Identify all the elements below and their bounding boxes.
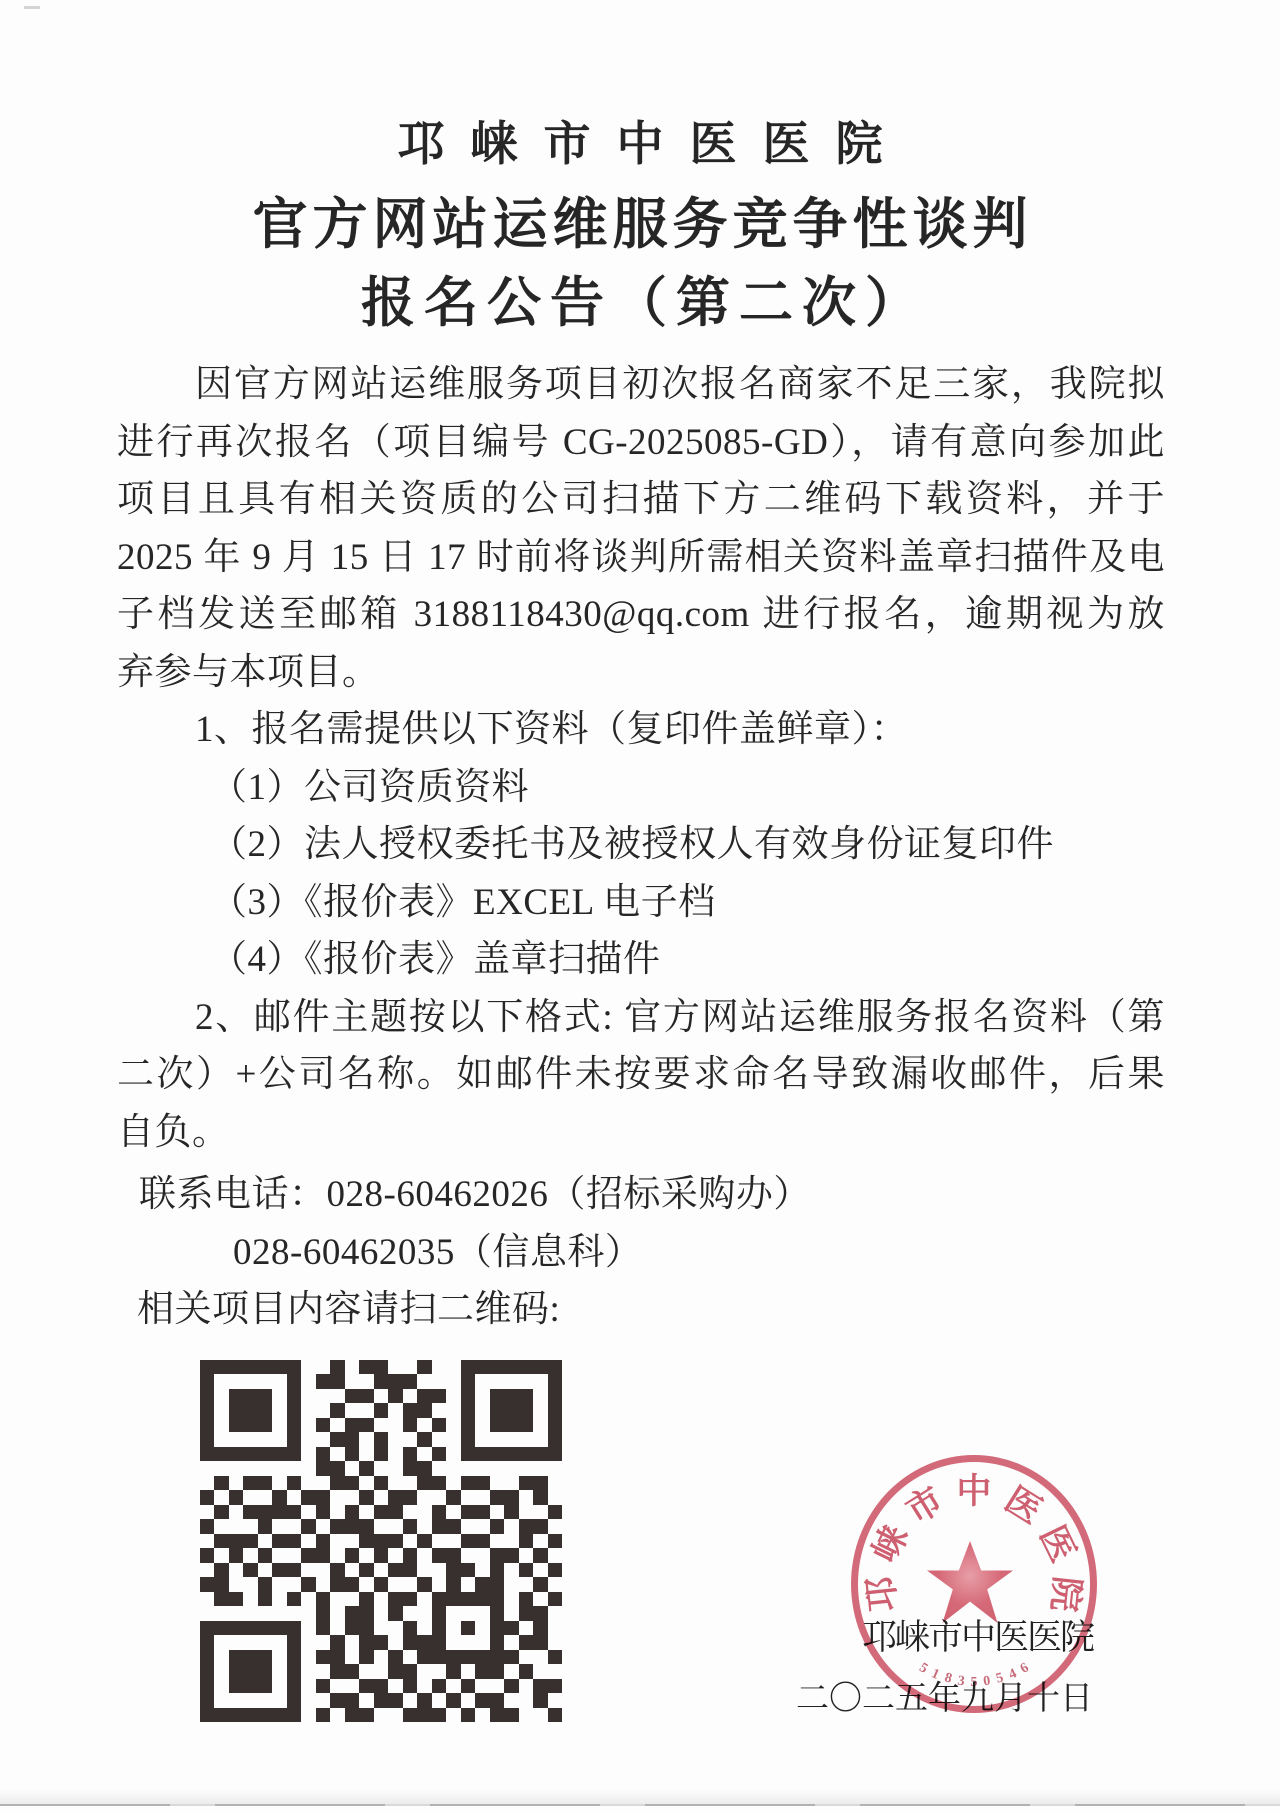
body-line-list-2: 2、邮件主题按以下格式: 官方网站运维服务报名资料（第 [117,989,1165,1047]
signature-organization: 邛崃市中医医院 [862,1610,1093,1660]
seal-ring-char: 中 [953,1471,995,1513]
seal-ring-char: 市 [896,1477,954,1535]
body-line: 二次）+公司名称。如邮件未按要求命名导致漏收邮件，后果 [117,1046,1165,1104]
document-title: 邛崃市中医医院 官方网站运维服务竞争性谈判 报名公告（第二次） [116,106,1164,343]
seal-ring-char: 医 [994,1477,1052,1535]
scan-bottom-shading [0,1790,1280,1804]
seal-ring-char: 医 [1029,1516,1085,1572]
seal-ring-char: 崃 [863,1516,919,1572]
contact-phone-line-1: 联系电话：028-60462026（招标采购办） [117,1166,1165,1224]
contact-phone-line-2: 028-60462035（信息科） [117,1224,1165,1282]
body-line: 项目且具有相关资质的公司扫描下方二维码下载资料，并于 [117,471,1165,529]
qr-instruction-line: 相关项目内容请扫二维码: [117,1281,1165,1339]
scan-corner-mark [24,6,40,9]
body-line: 进行再次报名（项目编号 CG-2025085-GD），请有意向参加此 [117,414,1165,472]
body-line: 自负。 [117,1104,1165,1162]
body-line-item-1: （1）公司资质资料 [117,759,1165,817]
document-body: 因官方网站运维服务项目初次报名商家不足三家，我院拟 进行再次报名（项目编号 CG… [117,356,1165,1339]
body-line: 2025 年 9 月 15 日 17 时前将谈判所需相关资料盖章扫描件及电 [117,529,1165,587]
scanned-announcement-page: { "document": { "title_lines": [ "邛崃市中医医… [0,0,1280,1811]
title-line-project: 官方网站运维服务竞争性谈判 [116,185,1164,264]
body-line-item-4: （4）《报价表》盖章扫描件 [117,931,1165,989]
qr-code [200,1360,562,1722]
scan-bottom-edge [0,1804,1280,1806]
signature-date: 二〇二五年九月十日 [796,1672,1093,1719]
title-line-announcement: 报名公告（第二次） [116,264,1164,343]
body-line-item-2: （2）法人授权委托书及被授权人有效身份证复印件 [117,816,1165,874]
body-line: 弃参与本项目。 [117,644,1165,702]
body-line: 因官方网站运维服务项目初次报名商家不足三家，我院拟 [117,356,1165,414]
title-line-hospital: 邛崃市中医医院 [116,106,1164,185]
body-line: 子档发送至邮箱 3188118430@qq.com 进行报名，逾期视为放 [117,586,1165,644]
body-line-list-1: 1、报名需提供以下资料（复印件盖鲜章）： [117,701,1165,759]
body-line-item-3: （3）《报价表》EXCEL 电子档 [117,874,1165,932]
